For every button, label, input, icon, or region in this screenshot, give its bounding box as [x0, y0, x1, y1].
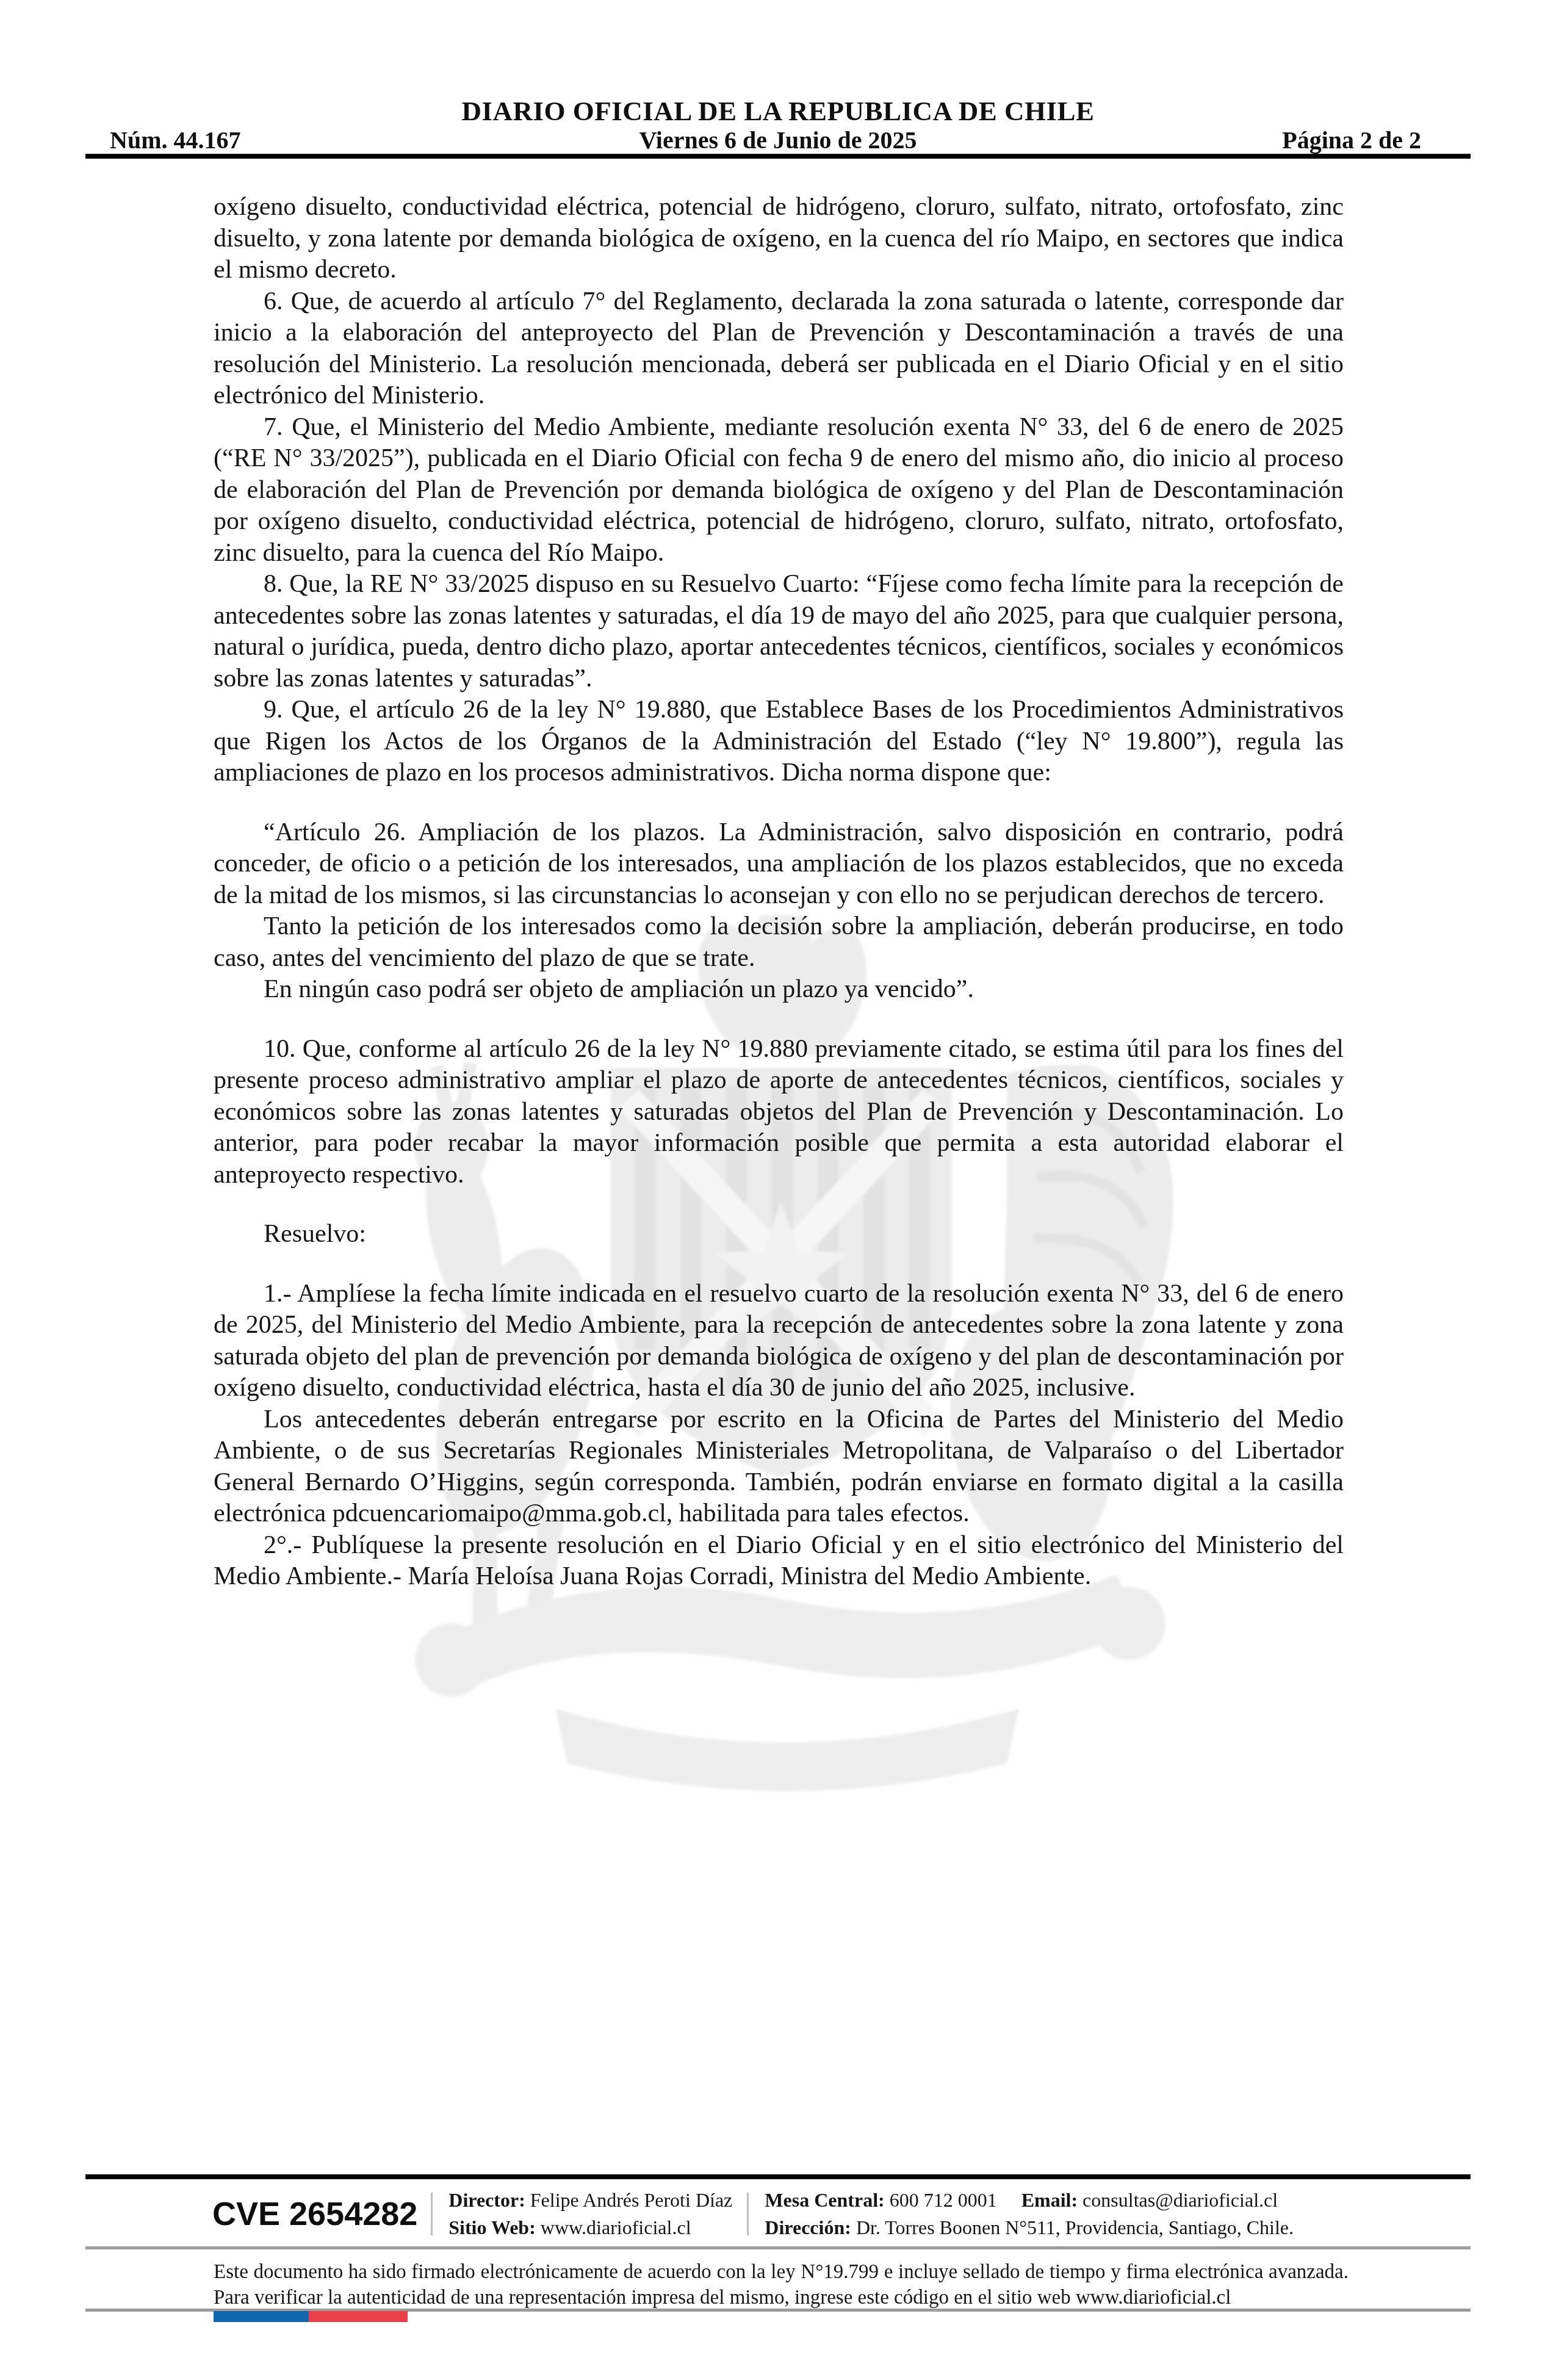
footer-info-box: CVE 2654282 Director: Felipe Andrés Pero…	[212, 2183, 1408, 2245]
body-paragraph: 7. Que, el Ministerio del Medio Ambiente…	[214, 412, 1344, 569]
disclaimer-text: Este documento ha sido firmado electróni…	[214, 2259, 1349, 2310]
mesa-central-value: 600 712 0001	[885, 2189, 997, 2211]
document-page: DIARIO OFICIAL DE LA REPUBLICA DE CHILE …	[0, 0, 1556, 2380]
flag-blue-segment	[214, 2311, 309, 2322]
email-label: Email:	[1021, 2189, 1078, 2211]
cve-code: CVE 2654282	[212, 2195, 417, 2233]
direccion-value: Dr. Torres Boonen N°511, Providencia, Sa…	[851, 2216, 1294, 2238]
sitio-web-value: www.diarioficial.cl	[536, 2216, 691, 2238]
body-paragraph: 9. Que, el artículo 26 de la ley N° 19.8…	[214, 694, 1344, 789]
sitio-web-label: Sitio Web:	[448, 2216, 536, 2238]
footer-top-rule	[85, 2174, 1471, 2179]
footer-director-column: Director: Felipe Andrés Peroti Díaz Siti…	[448, 2187, 732, 2241]
body-paragraph: Los antecedentes deberán entregarse por …	[214, 1404, 1344, 1530]
mesa-central-label: Mesa Central:	[765, 2189, 884, 2211]
director-value: Felipe Andrés Peroti Díaz	[525, 2189, 732, 2211]
body-paragraph: 8. Que, la RE N° 33/2025 dispuso en su R…	[214, 569, 1344, 694]
gov-flag-bar	[214, 2311, 408, 2322]
header-meta-row: Núm. 44.167 Viernes 6 de Junio de 2025 P…	[0, 126, 1556, 155]
email-value: consultas@diarioficial.cl	[1078, 2189, 1278, 2211]
footer-divider	[431, 2193, 433, 2235]
body-paragraph: 10. Que, conforme al artículo 26 de la l…	[214, 1034, 1344, 1191]
body-paragraph: 2°.- Publíquese la presente resolución e…	[214, 1530, 1344, 1593]
body-paragraph-resuelvo: Resuelvo:	[214, 1219, 1344, 1250]
footer-contact-column: Mesa Central: 600 712 0001Email: consult…	[765, 2187, 1294, 2241]
body-paragraph: 1.- Amplíese la fecha límite indicada en…	[214, 1278, 1344, 1404]
footer-gray-rule	[85, 2246, 1471, 2249]
footer-divider	[747, 2193, 749, 2235]
body-paragraph: oxígeno disuelto, conductividad eléctric…	[214, 192, 1344, 286]
page-title: DIARIO OFICIAL DE LA REPUBLICA DE CHILE	[0, 95, 1556, 127]
body-paragraph-quote: Tanto la petición de los interesados com…	[214, 911, 1344, 974]
body-paragraph-quote: “Artículo 26. Ampliación de los plazos. …	[214, 817, 1344, 912]
direccion-label: Dirección:	[765, 2216, 851, 2238]
flag-red-segment	[309, 2311, 408, 2322]
header-rule	[85, 154, 1471, 159]
page-indicator: Página 2 de 2	[1282, 126, 1421, 154]
body-text: oxígeno disuelto, conductividad eléctric…	[214, 192, 1344, 1593]
body-paragraph: 6. Que, de acuerdo al artículo 7° del Re…	[214, 286, 1344, 412]
director-label: Director:	[448, 2189, 525, 2211]
body-paragraph-quote: En ningún caso podrá ser objeto de ampli…	[214, 974, 1344, 1006]
